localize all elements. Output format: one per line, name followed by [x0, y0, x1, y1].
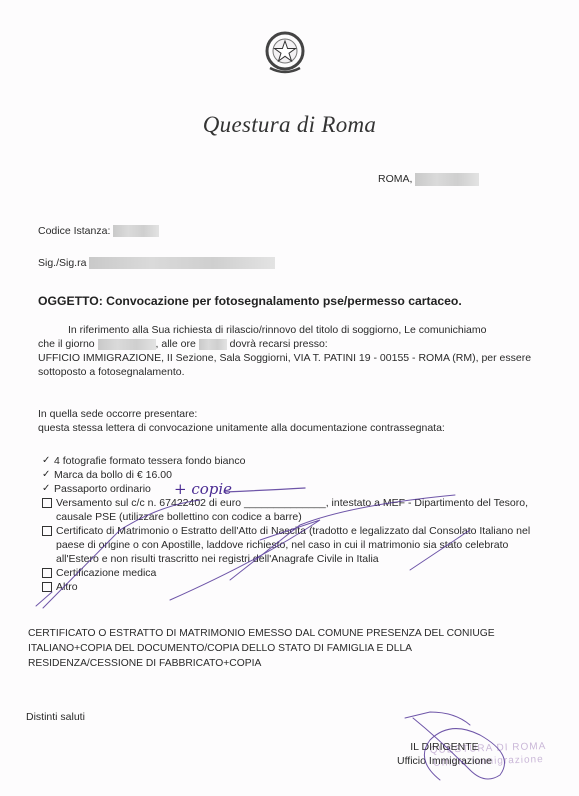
redacted-day: [98, 339, 156, 350]
checkmark-icon: ✓: [42, 454, 54, 468]
name-label: Sig./Sig.ra: [38, 257, 86, 269]
altro-note: CERTIFICATO O ESTRATTO DI MATRIMONIO EME…: [28, 626, 568, 671]
checklist-item-versamento: Versamento sul c/c n. 67422402 di euro _…: [42, 496, 562, 524]
redacted-date: [415, 173, 479, 186]
body-paragraph: In riferimento alla Sua richiesta di ril…: [38, 323, 558, 379]
emblem-icon: [262, 30, 308, 76]
checkmark-icon: ✓: [42, 482, 54, 496]
sede-paragraph: In quella sede occorre presentare: quest…: [38, 407, 445, 435]
empty-checkbox-icon: [42, 526, 52, 536]
document-checklist: ✓ 4 fotografie formato tessera fondo bia…: [42, 454, 562, 594]
body-line-3: UFFICIO IMMIGRAZIONE, II Sezione, Sala S…: [38, 351, 558, 365]
redacted-codice: [113, 225, 159, 237]
empty-checkbox-icon: [42, 568, 52, 578]
recipient-name: Sig./Sig.ra: [38, 256, 275, 270]
handmarked-checkbox-icon: [42, 582, 52, 592]
checkmark-icon: ✓: [42, 468, 54, 482]
handwritten-note: + copie: [174, 480, 232, 498]
checklist-item-photos: ✓ 4 fotografie formato tessera fondo bia…: [42, 454, 562, 468]
signer-title: IL DIRIGENTE: [397, 740, 492, 754]
subject-line: OGGETTO: Convocazione per fotosegnalamen…: [38, 294, 462, 308]
body-line-4: sottoposto a fotosegnalamento.: [38, 365, 558, 379]
codice-label: Codice Istanza:: [38, 225, 110, 237]
redacted-name: [89, 257, 275, 269]
closing: Distinti saluti: [26, 710, 85, 724]
checklist-item-altro: Altro: [42, 580, 562, 594]
body-line-1: In riferimento alla Sua richiesta di ril…: [38, 323, 558, 337]
checklist-item-passport: ✓ Passaporto ordinario: [42, 482, 562, 496]
place: ROMA,: [378, 173, 412, 185]
header-title: Questura di Roma: [0, 112, 579, 138]
place-date: ROMA,: [378, 172, 479, 186]
signer-block: IL DIRIGENTE Ufficio Immigrazione: [397, 740, 492, 768]
signer-office: Ufficio Immigrazione: [397, 754, 492, 768]
checklist-item-certificazione-medica: Certificazione medica: [42, 566, 562, 580]
empty-checkbox-icon: [42, 498, 52, 508]
redacted-time: [199, 339, 227, 350]
checklist-item-certificato: Certificato di Matrimonio o Estratto del…: [42, 524, 562, 566]
body-line-2: che il giorno , alle ore dovrà recarsi p…: [38, 337, 558, 351]
checklist-item-marca-bollo: ✓ Marca da bollo di € 16.00: [42, 468, 562, 482]
codice-istanza: Codice Istanza:: [38, 224, 159, 238]
